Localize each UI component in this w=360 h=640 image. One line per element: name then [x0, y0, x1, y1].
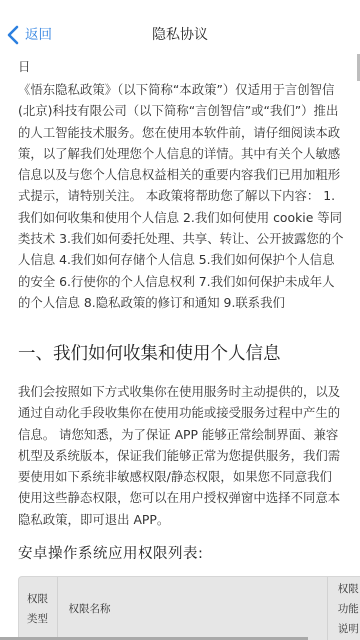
permissions-table-container[interactable]: 权限类型 权限名称 权限功能说明: [18, 576, 360, 640]
privacy-content[interactable]: 日 《悟东隐私政策》（以下简称“本政策”）仅适用于言创智信(北京)科技有限公司（…: [0, 52, 360, 640]
column-header-description: 权限功能说明: [328, 577, 360, 640]
section-body: 我们会按照如下方式收集你在使用服务时主动提供的，以及通过自动化手段收集你在使用功…: [18, 381, 344, 530]
nav-header: 返回 隐私协议: [0, 0, 360, 52]
text-fragment: 日: [18, 56, 344, 77]
section-heading: 一、我们如何收集和使用个人信息: [18, 341, 281, 367]
column-header-type: 权限类型: [19, 577, 58, 640]
table-heading: 安卓操作系统应用权限列表:: [18, 543, 203, 565]
page-title: 隐私协议: [0, 24, 360, 46]
permissions-table: 权限类型 权限名称 权限功能说明: [18, 576, 360, 640]
column-header-name: 权限名称: [58, 577, 327, 640]
intro-paragraph: 《悟东隐私政策》（以下简称“本政策”）仅适用于言创智信(北京)科技有限公司（以下…: [18, 79, 344, 313]
